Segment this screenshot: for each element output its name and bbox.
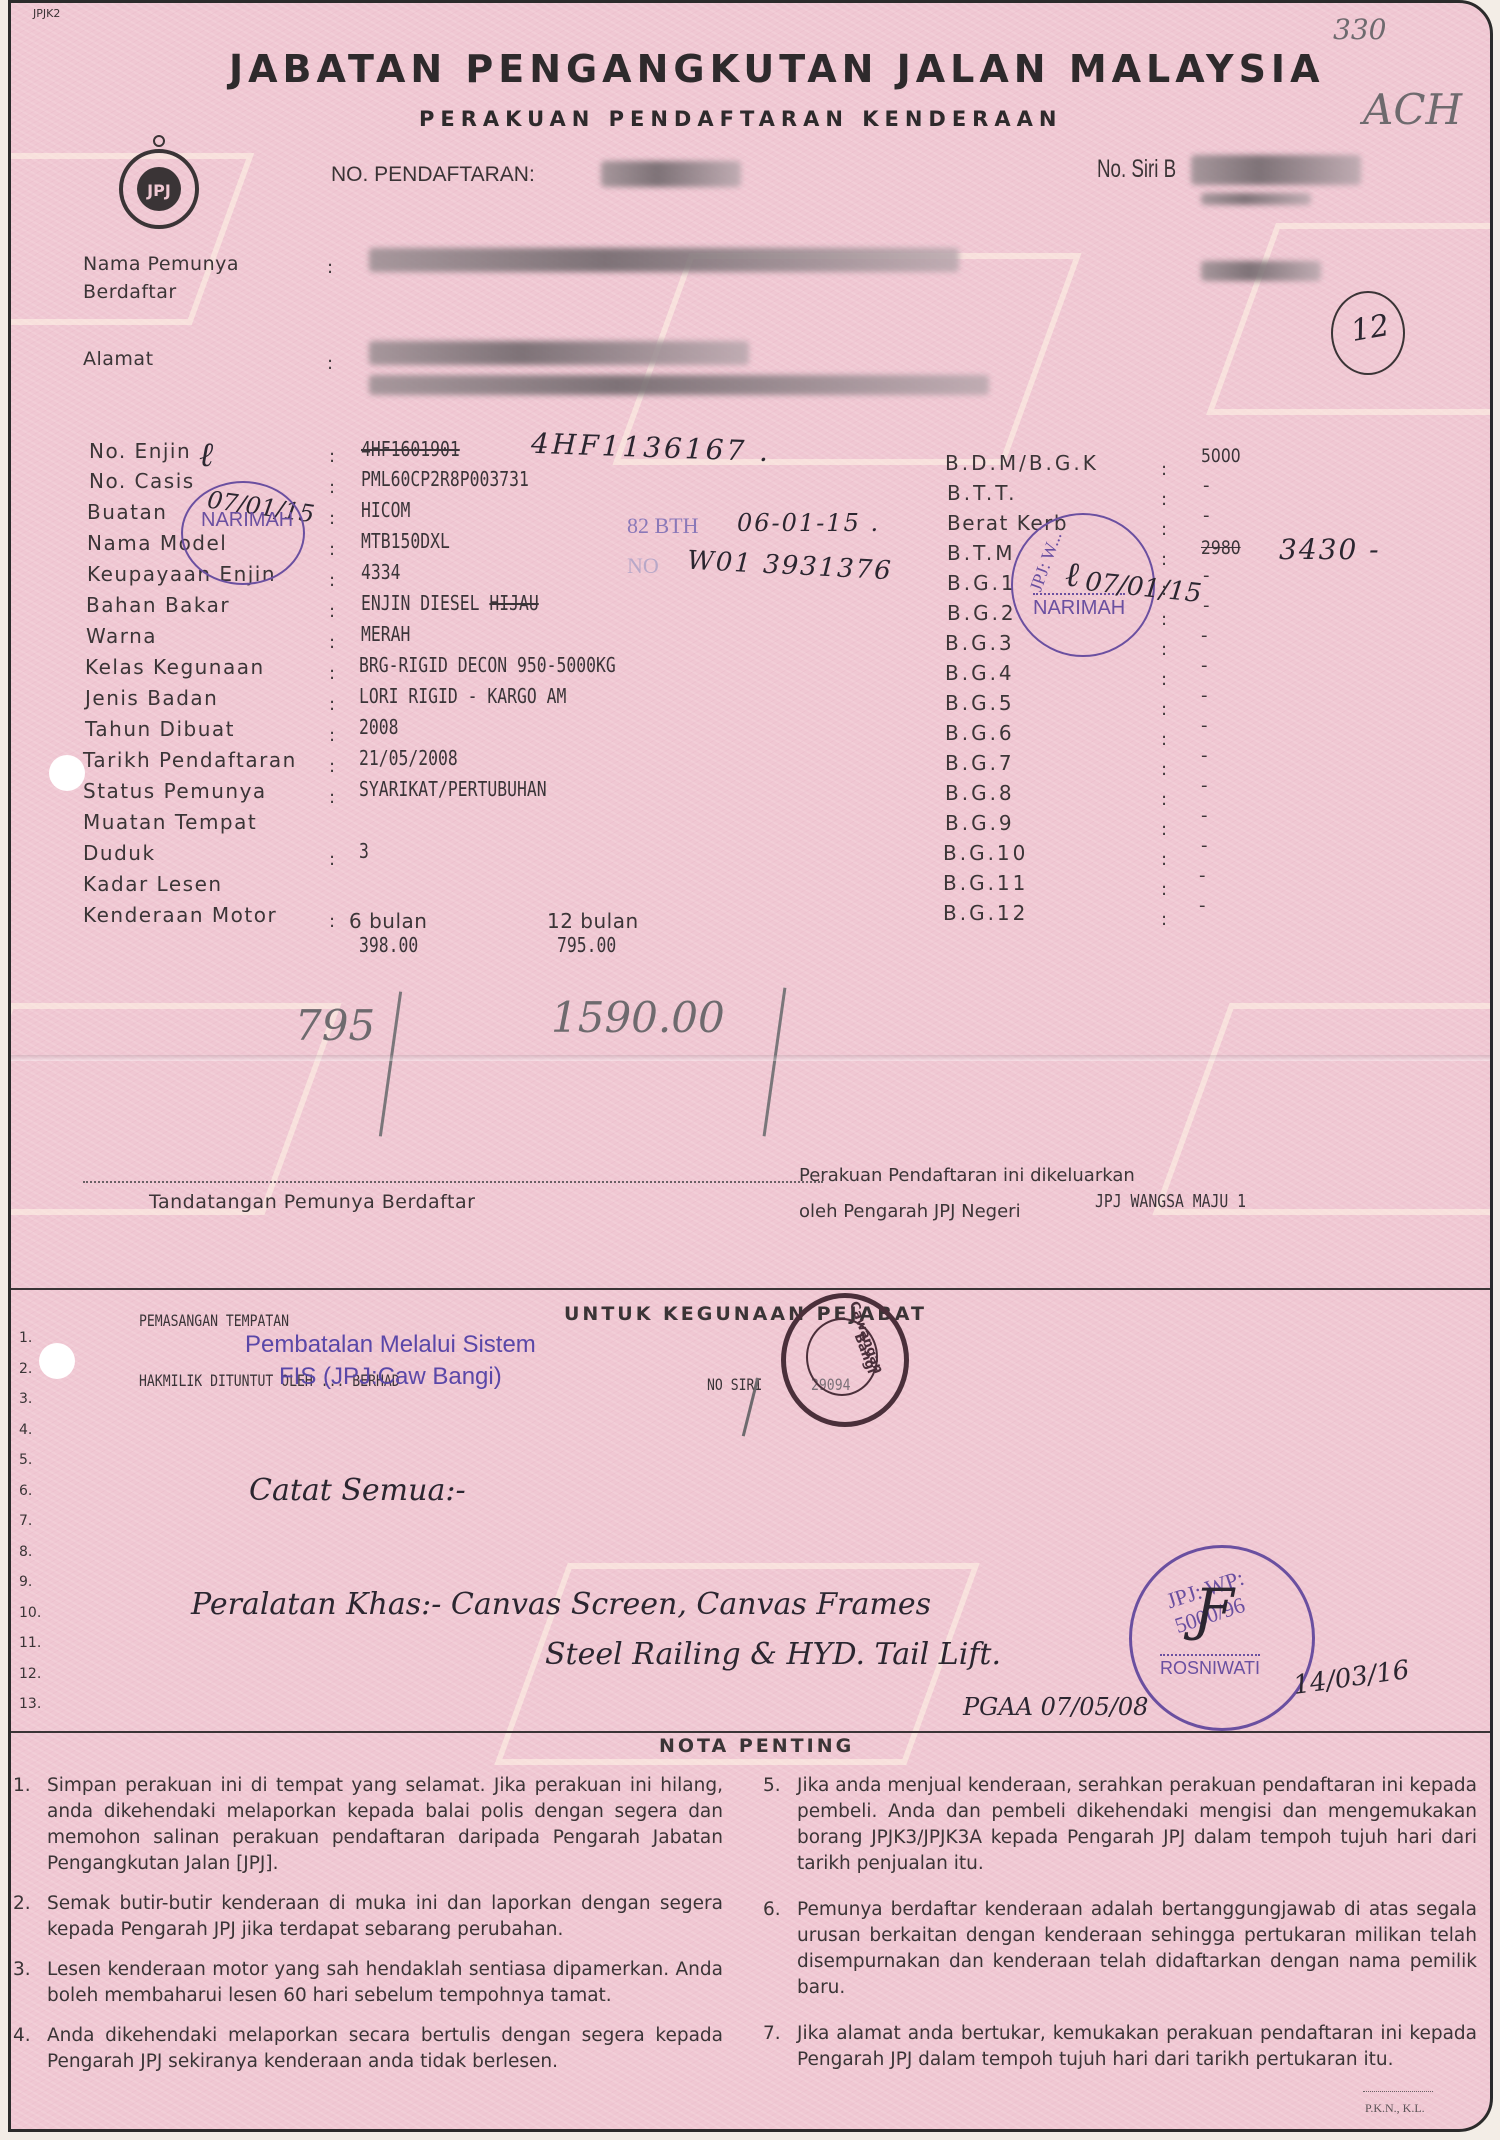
btm-handwritten-value: 3430 - [1279, 533, 1381, 566]
note-text: Anda dikehendaki melaporkan secara bertu… [47, 2023, 723, 2075]
office-round-stamp: Cawangan Bangi [781, 1293, 909, 1427]
registration-date-value: 21/05/2008 [359, 746, 458, 770]
weight-label: B.G.12 [943, 901, 1028, 925]
owner-name-redacted [369, 248, 959, 272]
bth-stamp-label: 82 BTH [627, 513, 699, 539]
note-item: 7. Jika alamat anda bertukar, kemukakan … [763, 2021, 1477, 2073]
field-label-seating-2: Duduk [83, 841, 156, 865]
weight-value: - [1203, 475, 1210, 496]
field-label-make: Buatan [87, 500, 167, 524]
serial-number-redacted [1191, 155, 1361, 185]
line-number: 9. [19, 1567, 41, 1598]
bth-no-label: NO [627, 553, 659, 579]
section-divider [11, 1731, 1490, 1733]
fuel-value-text: ENJIN DIESEL [361, 591, 479, 615]
note-text: Jika alamat anda bertukar, kemukakan per… [797, 2021, 1477, 2073]
weight-value: - [1199, 865, 1206, 886]
twelve-month-label: 12 bulan [547, 909, 639, 933]
handwritten-note-railing: Steel Railing & HYD. Tail Lift. [545, 1637, 1001, 1672]
handwritten-initials: ACH [1363, 85, 1462, 134]
rosniwati-stamp: JPJ: WP: 5000/96 ROSNIWATI Ƒ [1129, 1545, 1315, 1731]
line-number: 13. [19, 1689, 41, 1720]
circled-number: 12 [1331, 291, 1405, 375]
six-month-value: 398.00 [359, 933, 418, 957]
pencil-amount-six: 795 [295, 1001, 375, 1050]
cancellation-stamp-line-1: Pembatalan Melalui Sistem [245, 1331, 536, 1359]
handwritten-initial-mark: ℓ [1065, 555, 1079, 595]
document-subtitle: PERAKUAN PENDAFTARAN KENDERAAN [419, 107, 1062, 131]
weight-label: B.G.5 [945, 691, 1015, 715]
punch-hole [39, 1343, 75, 1379]
jpj-logo-icon: JPJ [103, 131, 215, 231]
weight-label: B.G.10 [943, 841, 1028, 865]
note-text: Jika anda menjual kenderaan, serahkan pe… [797, 1773, 1477, 1877]
address-redacted-2 [369, 375, 989, 395]
note-text: Simpan perakuan ini di tempat yang selam… [47, 1773, 723, 1877]
note-number: 5. [763, 1773, 797, 1877]
owner-name-redacted-2 [1201, 261, 1321, 281]
narimah-stamp-left: NARIMAH [181, 481, 305, 585]
weight-label: B.G.6 [945, 721, 1015, 745]
note-number: 7. [763, 2021, 797, 2073]
weight-value: - [1201, 685, 1208, 706]
chassis-no-value: PML60CP2R8P003731 [361, 467, 529, 491]
handwritten-note-equipment: Peralatan Khas:- Canvas Screen, Canvas F… [191, 1587, 931, 1622]
weight-value: - [1203, 595, 1210, 616]
color-value: MERAH [361, 622, 410, 646]
rosniwati-stamp-ring-text: JPJ: WP: 5000/96 [1163, 1545, 1316, 1639]
address-label: Alamat [83, 348, 154, 370]
bth-number: W01 3931376 [686, 546, 893, 587]
field-label-year-made: Tahun Dibuat [85, 717, 235, 741]
narimah-stamp-name: NARIMAH [201, 509, 293, 532]
section-divider [11, 1288, 1490, 1290]
registration-number-label: NO. PENDAFTARAN: [331, 163, 535, 187]
weight-value: - [1201, 655, 1208, 676]
weight-value: - [1203, 505, 1210, 526]
weight-label: B.G.7 [945, 751, 1015, 775]
address-redacted [369, 341, 749, 365]
usage-class-value: BRG-RIGID DECON 950-5000KG [359, 653, 616, 677]
agency-title: JABATAN PENGANGKUTAN JALAN MALAYSIA [229, 47, 1324, 91]
weight-value: - [1201, 625, 1208, 646]
field-label-color: Warna [86, 624, 157, 648]
serial-number-label: No. Siri B [1097, 155, 1176, 184]
body-type-value: LORI RIGID - KARGO AM [359, 684, 566, 708]
handwritten-number: 330 [1333, 13, 1386, 46]
note-item: 2. Semak butir-butir kenderaan di muka i… [11, 1891, 723, 1943]
weight-value: - [1201, 715, 1208, 736]
colon-column-right: :::::::::::::::: [1161, 455, 1167, 935]
line-number: 8. [19, 1537, 41, 1568]
engine-capacity-value: 4334 [361, 560, 401, 584]
owner-name-label: Nama Pemunya [83, 253, 239, 275]
gvw-value: 5000 [1201, 445, 1241, 467]
colon-column: :::::::::::::: [329, 441, 335, 937]
seating-value: 3 [359, 839, 369, 863]
pencil-amount-twelve: 1590.00 [551, 993, 725, 1042]
owner-name-label-2: Berdaftar [83, 281, 177, 303]
note-item: 3. Lesen kenderaan motor yang sah hendak… [11, 1957, 723, 2009]
punch-hole [49, 755, 85, 791]
note-text: Pemunya berdaftar kenderaan adalah berta… [797, 1897, 1477, 2001]
line-number: 1. [19, 1323, 41, 1354]
line-number: 2. [19, 1354, 41, 1385]
note-text: Semak butir-butir kenderaan di muka ini … [47, 1891, 723, 1943]
handwritten-note-pgaa: PGAA 07/05/08 [963, 1693, 1148, 1721]
weight-value: - [1201, 745, 1208, 766]
weight-label: B.G.11 [943, 871, 1028, 895]
note-item: 1. Simpan perakuan ini di tempat yang se… [11, 1773, 723, 1877]
local-install-label: PEMASANGAN TEMPATAN [139, 1311, 289, 1330]
background-hex [1152, 1003, 1493, 1215]
field-label-license-rate: Kadar Lesen [83, 872, 223, 896]
field-label-body-type: Jenis Badan [85, 686, 218, 710]
field-label-motor-vehicle: Kenderaan Motor [83, 903, 277, 927]
circled-number-text: 12 [1348, 308, 1392, 349]
rosniwati-stamp-name: ROSNIWATI [1160, 1654, 1260, 1679]
rosniwati-signature: Ƒ [1194, 1578, 1233, 1643]
six-month-label: 6 bulan [349, 909, 427, 933]
line-number: 5. [19, 1445, 41, 1476]
note-text: Lesen kenderaan motor yang sah hendaklah… [47, 1957, 723, 2009]
colon: : [327, 257, 333, 278]
weight-value: - [1201, 805, 1208, 826]
weight-value: - [1203, 565, 1210, 586]
line-number: 12. [19, 1659, 41, 1690]
notes-left-column: 1. Simpan perakuan ini di tempat yang se… [11, 1773, 723, 2075]
line-number: 11. [19, 1628, 41, 1659]
cancellation-stamp-line-2: FIS (JPJ:Caw Bangi) [279, 1363, 502, 1391]
twelve-month-value: 795.00 [557, 933, 616, 957]
note-number: 6. [763, 1897, 797, 2001]
fold-crease [11, 1055, 1493, 1061]
field-label-seating-1: Muatan Tempat [83, 810, 257, 834]
printer-mark: P.K.N., K.L. [1365, 2101, 1425, 2116]
colon: : [327, 353, 333, 374]
weight-label: B.G.9 [945, 811, 1015, 835]
field-label-chassis-no: No. Casis [89, 469, 195, 493]
weight-label: B.G.3 [945, 631, 1015, 655]
notes-right-column: 5. Jika anda menjual kenderaan, serahkan… [763, 1773, 1477, 2073]
signature-line[interactable] [83, 1181, 823, 1183]
weight-value: - [1199, 895, 1206, 916]
field-label-owner-status: Status Pemunya [83, 779, 267, 803]
registration-certificate: JPJK2 JABATAN PENGANGKUTAN JALAN MALAYSI… [8, 0, 1493, 2132]
important-notes-title: NOTA PENTING [659, 1735, 854, 1757]
note-number: 1. [11, 1773, 47, 1877]
engine-no-original: 4HF1601901 [361, 437, 460, 461]
model-value: MTB150DXL [361, 529, 450, 553]
weight-label: B.G.8 [945, 781, 1015, 805]
background-hex [8, 1003, 342, 1215]
field-label-engine-no: No. Enjin [89, 439, 191, 463]
weight-label: B.G.4 [945, 661, 1015, 685]
serial-number-redacted-2 [1201, 193, 1311, 205]
weight-label: B.D.M/B.G.K [945, 451, 1099, 475]
note-item: 4. Anda dikehendaki melaporkan secara be… [11, 2023, 723, 2075]
weight-label: B.G.2 [947, 601, 1017, 625]
note-number: 2. [11, 1891, 47, 1943]
svg-text:JPJ: JPJ [146, 181, 171, 200]
note-item: 6. Pemunya berdaftar kenderaan adalah be… [763, 1897, 1477, 2001]
fuel-struck-text: HIJAU [489, 591, 538, 615]
line-number: 6. [19, 1476, 41, 1507]
office-line-numbers: 1. 2. 3. 4. 5. 6. 7. 8. 9. 10. 11. 12. 1… [19, 1323, 41, 1720]
note-number: 3. [11, 1957, 47, 2009]
make-value: HICOM [361, 498, 410, 522]
field-label-registration-date: Tarikh Pendaftaran [83, 748, 297, 772]
field-label-usage-class: Kelas Kegunaan [85, 655, 265, 679]
engine-no-handwritten: 4HF1136167 . [530, 427, 771, 468]
weight-value: - [1201, 835, 1208, 856]
issuing-office: JPJ WANGSA MAJU 1 [1095, 1191, 1246, 1212]
note-number: 4. [11, 2023, 47, 2075]
handwritten-note-record: Catat Semua:- [249, 1473, 466, 1508]
line-number: 3. [19, 1384, 41, 1415]
issued-by-line-2: oleh Pengarah JPJ Negeri [799, 1201, 1021, 1222]
line-number: 10. [19, 1598, 41, 1629]
narimah-stamp-ring-text: JPJ: W... [1026, 529, 1067, 594]
bth-date: 06-01-15 . [737, 509, 880, 537]
note-item: 5. Jika anda menjual kenderaan, serahkan… [763, 1773, 1477, 1877]
printer-line [1363, 2091, 1433, 2092]
line-number: 7. [19, 1506, 41, 1537]
year-made-value: 2008 [359, 715, 399, 739]
weight-label: B.T.T. [947, 481, 1017, 505]
weight-label: B.T.M [947, 541, 1016, 565]
owner-signature-label: Tandatangan Pemunya Berdaftar [149, 1191, 475, 1213]
line-number: 4. [19, 1415, 41, 1446]
registration-number-redacted [601, 161, 741, 187]
handwritten-initial-mark: ℓ [199, 435, 213, 475]
pencil-slash [763, 988, 787, 1137]
fuel-value: ENJIN DIESEL HIJAU [361, 591, 539, 615]
pencil-slash [379, 992, 402, 1137]
weight-value: - [1201, 775, 1208, 796]
field-label-fuel: Bahan Bakar [86, 593, 230, 617]
weight-label: B.G.1 [947, 571, 1017, 595]
btm-original-value: 2980 [1201, 537, 1241, 559]
form-code: JPJK2 [33, 7, 60, 20]
owner-status-value: SYARIKAT/PERTUBUHAN [359, 777, 547, 801]
issued-by-line-1: Perakuan Pendaftaran ini dikeluarkan [799, 1165, 1135, 1186]
